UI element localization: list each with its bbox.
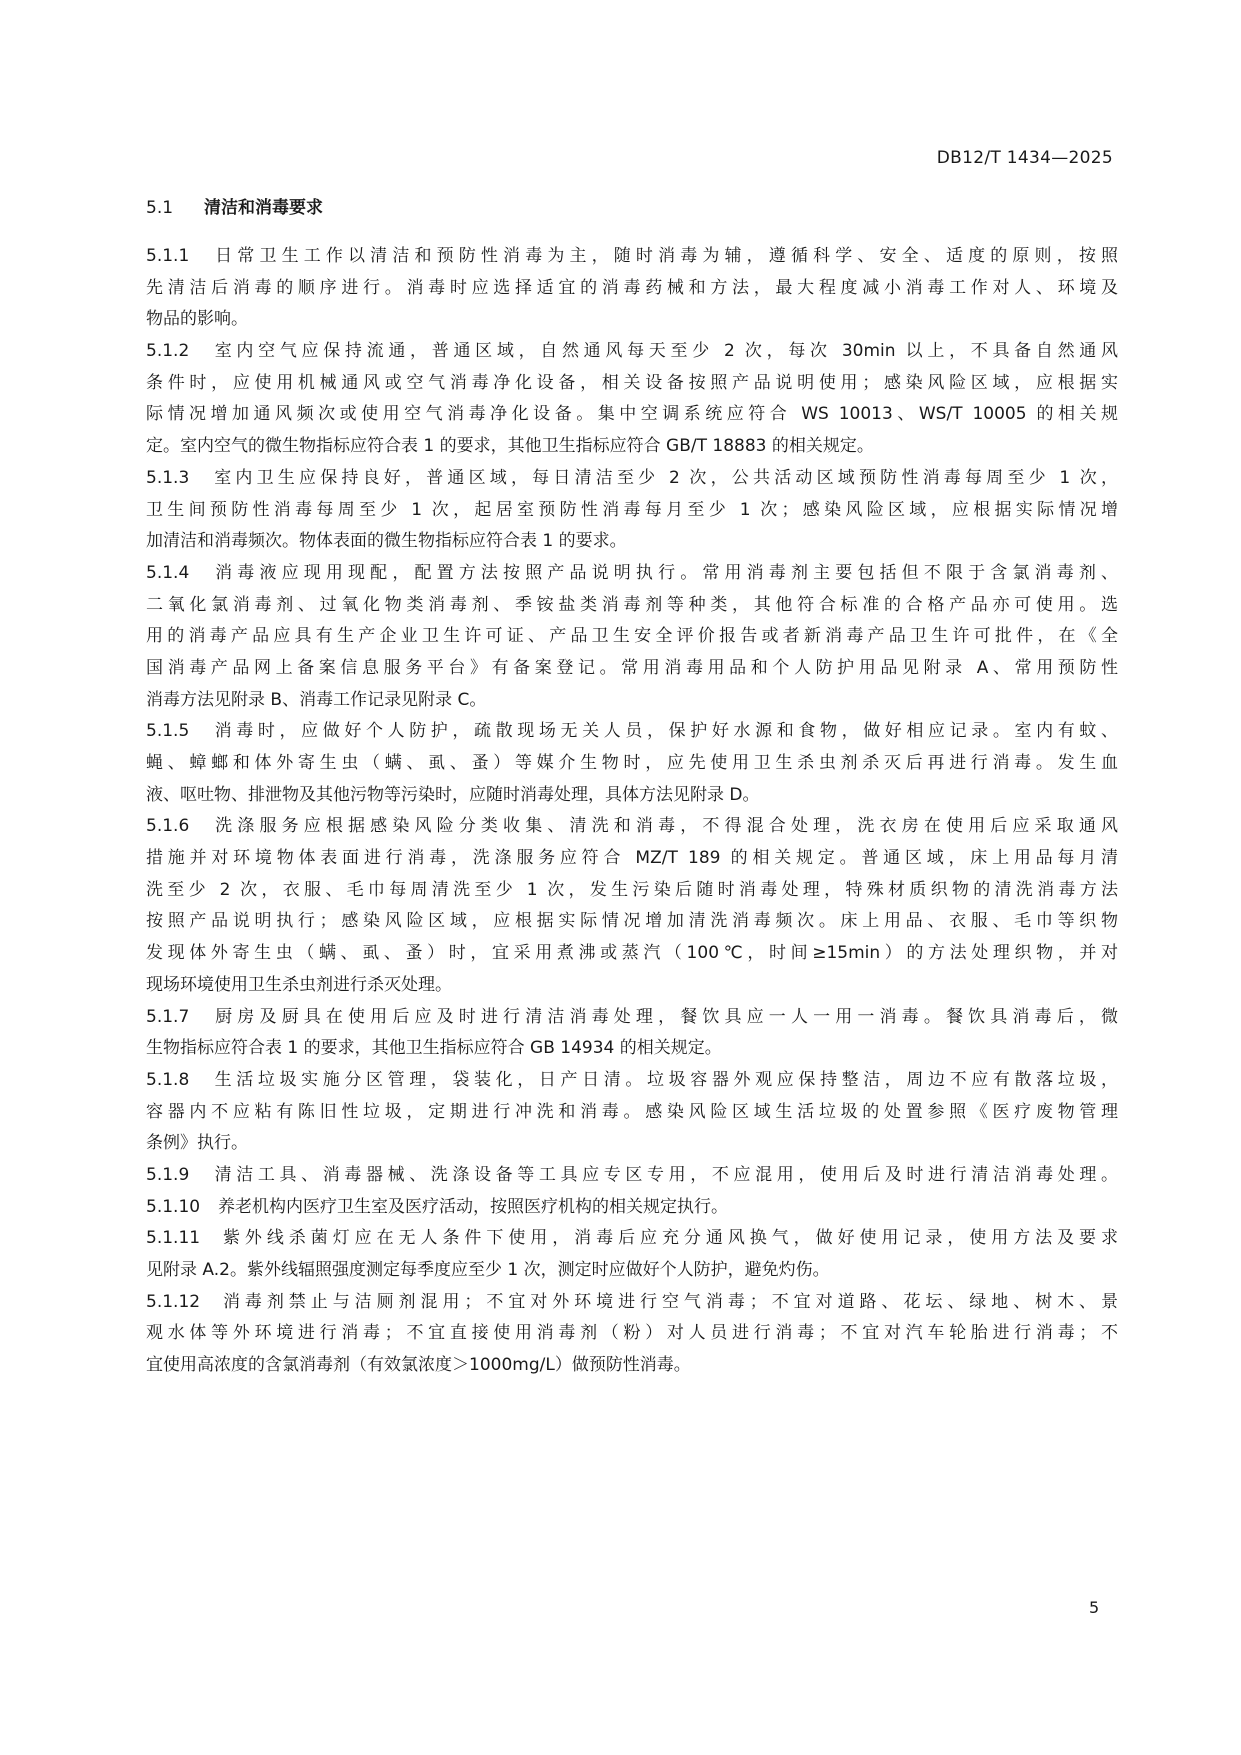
line-text: 消毒液应现用现配，配置方法按照产品说明执行。常用消毒剂主要包括但不限于含氯消毒剂… xyxy=(210,563,1118,583)
text-line: 加清洁和消毒频次。物体表面的微生物指标应符合表 1 的要求。 xyxy=(146,526,1118,558)
line-text: 条件时，应使用机械通风或空气消毒净化设备，相关设备按照产品说明使用；感染风险区域… xyxy=(146,373,1118,393)
line-text: 发现体外寄生虫（螨、虱、蚤）时，宜采用煮沸或蒸汽（100℃，时间≥15min）的… xyxy=(146,943,1118,963)
line-text: 容器内不应粘有陈旧性垃圾，定期进行冲洗和消毒。感染风险区域生活垃圾的处置参照《医… xyxy=(146,1102,1118,1122)
line-text: 生活垃圾实施分区管理，袋装化，日产日清。垃圾容器外观应保持整洁，周边不应有散落垃… xyxy=(210,1070,1118,1090)
line-text: 清洁工具、消毒器械、洗涤设备等工具应专区专用，不应混用，使用后及时进行清洁消毒处… xyxy=(210,1165,1118,1185)
line-text: 观水体等外环境进行消毒；不宜直接使用消毒剂（粉）对人员进行消毒；不宜对汽车轮胎进… xyxy=(146,1323,1118,1343)
text-line: 见附录 A.2。紫外线辐照强度测定每季度应至少 1 次，测定时应做好个人防护，避… xyxy=(146,1255,1118,1287)
line-text: 洗至少 2 次，衣服、毛巾每周清洗至少 1 次，发生污染后随时消毒处理，特殊材质… xyxy=(146,880,1118,900)
text-line: 卫生间预防性消毒每周至少 1 次，起居室预防性消毒每月至少 1 次；感染风险区域… xyxy=(146,495,1118,527)
line-text: 物品的影响。 xyxy=(146,309,248,329)
clause-line: 5.1.2室内空气应保持流通，普通区域，自然通风每天至少 2 次，每次 30mi… xyxy=(146,336,1118,368)
clause-line: 5.1.4消毒液应现用现配，配置方法按照产品说明执行。常用消毒剂主要包括但不限于… xyxy=(146,558,1118,590)
text-line: 现场环境使用卫生杀虫剂进行杀灭处理。 xyxy=(146,970,1118,1002)
text-line: 发现体外寄生虫（螨、虱、蚤）时，宜采用煮沸或蒸汽（100℃，时间≥15min）的… xyxy=(146,938,1118,970)
clause-line: 5.1.10养老机构内医疗卫生室及医疗活动，按照医疗机构的相关规定执行。 xyxy=(146,1192,1118,1224)
clause-number: 5.1.2 xyxy=(146,336,210,368)
clause-number: 5.1.9 xyxy=(146,1160,210,1192)
line-text: 措施并对环境物体表面进行消毒，洗涤服务应符合 MZ/T 189 的相关规定。普通… xyxy=(146,848,1118,868)
line-text: 生物指标应符合表 1 的要求，其他卫生指标应符合 GB 14934 的相关规定。 xyxy=(146,1038,722,1058)
line-text: 国消毒产品网上备案信息服务平台》有备案登记。常用消毒用品和个人防护用品见附录 A… xyxy=(146,658,1118,678)
line-text: 消毒剂禁止与洁厕剂混用；不宜对外环境进行空气消毒；不宜对道路、花坛、绿地、树木、… xyxy=(218,1292,1118,1312)
text-line: 观水体等外环境进行消毒；不宜直接使用消毒剂（粉）对人员进行消毒；不宜对汽车轮胎进… xyxy=(146,1318,1118,1350)
clause-line: 5.1.11紫外线杀菌灯应在无人条件下使用，消毒后应充分通风换气，做好使用记录，… xyxy=(146,1223,1118,1255)
line-text: 宜使用高浓度的含氯消毒剂（有效氯浓度＞1000mg/L）做预防性消毒。 xyxy=(146,1355,691,1375)
section-heading: 5.1清洁和消毒要求 xyxy=(146,193,323,218)
clause-number: 5.1.3 xyxy=(146,463,210,495)
line-text: 室内空气应保持流通，普通区域，自然通风每天至少 2 次，每次 30min 以上，… xyxy=(210,341,1118,361)
document-page: DB12/T 1434—2025 5.1清洁和消毒要求 5.1.1日常卫生工作以… xyxy=(0,0,1241,1755)
clause-line: 5.1.5消毒时，应做好个人防护，疏散现场无关人员，保护好水源和食物，做好相应记… xyxy=(146,716,1118,748)
page-number: 5 xyxy=(1089,1598,1099,1617)
line-text: 按照产品说明执行；感染风险区域，应根据实际情况增加清洗消毒频次。床上用品、衣服、… xyxy=(146,911,1118,931)
line-text: 养老机构内医疗卫生室及医疗活动，按照医疗机构的相关规定执行。 xyxy=(218,1197,728,1217)
text-line: 蝇、蟑螂和体外寄生虫（螨、虱、蚤）等媒介生物时，应先使用卫生杀虫剂杀灭后再进行消… xyxy=(146,748,1118,780)
line-text: 条例》执行。 xyxy=(146,1133,248,1153)
line-text: 消毒方法见附录 B、消毒工作记录见附录 C。 xyxy=(146,690,486,710)
line-text: 先清洁后消毒的顺序进行。消毒时应选择适宜的消毒药械和方法，最大程度减小消毒工作对… xyxy=(146,278,1118,298)
clause-number: 5.1.1 xyxy=(146,241,210,273)
text-line: 物品的影响。 xyxy=(146,304,1118,336)
line-text: 室内卫生应保持良好，普通区域，每日清洁至少 2 次，公共活动区域预防性消毒每周至… xyxy=(210,468,1118,488)
line-text: 见附录 A.2。紫外线辐照强度测定每季度应至少 1 次，测定时应做好个人防护，避… xyxy=(146,1260,830,1280)
line-text: 定。室内空气的微生物指标应符合表 1 的要求，其他卫生指标应符合 GB/T 18… xyxy=(146,436,874,456)
text-line: 宜使用高浓度的含氯消毒剂（有效氯浓度＞1000mg/L）做预防性消毒。 xyxy=(146,1350,1118,1382)
text-line: 条例》执行。 xyxy=(146,1128,1118,1160)
text-line: 措施并对环境物体表面进行消毒，洗涤服务应符合 MZ/T 189 的相关规定。普通… xyxy=(146,843,1118,875)
section-number: 5.1 xyxy=(146,198,204,218)
text-line: 二氧化氯消毒剂、过氧化物类消毒剂、季铵盐类消毒剂等种类，其他符合标准的合格产品亦… xyxy=(146,590,1118,622)
text-line: 先清洁后消毒的顺序进行。消毒时应选择适宜的消毒药械和方法，最大程度减小消毒工作对… xyxy=(146,273,1118,305)
line-text: 二氧化氯消毒剂、过氧化物类消毒剂、季铵盐类消毒剂等种类，其他符合标准的合格产品亦… xyxy=(146,595,1118,615)
clause-number: 5.1.4 xyxy=(146,558,210,590)
line-text: 加清洁和消毒频次。物体表面的微生物指标应符合表 1 的要求。 xyxy=(146,531,627,551)
clause-number: 5.1.12 xyxy=(146,1287,218,1319)
line-text: 际情况增加通风频次或使用空气消毒净化设备。集中空调系统应符合 WS 10013、… xyxy=(146,404,1118,424)
clause-number: 5.1.10 xyxy=(146,1192,218,1224)
body-text: 5.1.1日常卫生工作以清洁和预防性消毒为主，随时消毒为辅，遵循科学、安全、适度… xyxy=(146,241,1118,1382)
line-text: 洗涤服务应根据感染风险分类收集、清洗和消毒，不得混合处理，洗衣房在使用后应采取通… xyxy=(210,816,1118,836)
text-line: 洗至少 2 次，衣服、毛巾每周清洗至少 1 次，发生污染后随时消毒处理，特殊材质… xyxy=(146,875,1118,907)
text-line: 容器内不应粘有陈旧性垃圾，定期进行冲洗和消毒。感染风险区域生活垃圾的处置参照《医… xyxy=(146,1097,1118,1129)
line-text: 液、呕吐物、排泄物及其他污物等污染时，应随时消毒处理，具体方法见附录 D。 xyxy=(146,785,760,805)
clause-number: 5.1.5 xyxy=(146,716,210,748)
text-line: 条件时，应使用机械通风或空气消毒净化设备，相关设备按照产品说明使用；感染风险区域… xyxy=(146,368,1118,400)
line-text: 日常卫生工作以清洁和预防性消毒为主，随时消毒为辅，遵循科学、安全、适度的原则，按… xyxy=(210,246,1118,266)
clause-line: 5.1.9清洁工具、消毒器械、洗涤设备等工具应专区专用，不应混用，使用后及时进行… xyxy=(146,1160,1118,1192)
line-text: 紫外线杀菌灯应在无人条件下使用，消毒后应充分通风换气，做好使用记录，使用方法及要… xyxy=(218,1228,1118,1248)
section-title: 清洁和消毒要求 xyxy=(204,198,323,218)
clause-number: 5.1.8 xyxy=(146,1065,210,1097)
clause-line: 5.1.7厨房及厨具在使用后应及时进行清洁消毒处理，餐饮具应一人一用一消毒。餐饮… xyxy=(146,1002,1118,1034)
clause-line: 5.1.3室内卫生应保持良好，普通区域，每日清洁至少 2 次，公共活动区域预防性… xyxy=(146,463,1118,495)
line-text: 现场环境使用卫生杀虫剂进行杀灭处理。 xyxy=(146,975,452,995)
line-text: 厨房及厨具在使用后应及时进行清洁消毒处理，餐饮具应一人一用一消毒。餐饮具消毒后，… xyxy=(210,1007,1118,1027)
text-line: 际情况增加通风频次或使用空气消毒净化设备。集中空调系统应符合 WS 10013、… xyxy=(146,399,1118,431)
text-line: 定。室内空气的微生物指标应符合表 1 的要求，其他卫生指标应符合 GB/T 18… xyxy=(146,431,1118,463)
text-line: 消毒方法见附录 B、消毒工作记录见附录 C。 xyxy=(146,685,1118,717)
clause-line: 5.1.12消毒剂禁止与洁厕剂混用；不宜对外环境进行空气消毒；不宜对道路、花坛、… xyxy=(146,1287,1118,1319)
clause-line: 5.1.1日常卫生工作以清洁和预防性消毒为主，随时消毒为辅，遵循科学、安全、适度… xyxy=(146,241,1118,273)
clause-number: 5.1.11 xyxy=(146,1223,218,1255)
document-id-header: DB12/T 1434—2025 xyxy=(937,148,1113,168)
line-text: 消毒时，应做好个人防护，疏散现场无关人员，保护好水源和食物，做好相应记录。室内有… xyxy=(210,721,1118,741)
text-line: 用的消毒产品应具有生产企业卫生许可证、产品卫生安全评价报告或者新消毒产品卫生许可… xyxy=(146,621,1118,653)
text-line: 液、呕吐物、排泄物及其他污物等污染时，应随时消毒处理，具体方法见附录 D。 xyxy=(146,780,1118,812)
text-line: 国消毒产品网上备案信息服务平台》有备案登记。常用消毒用品和个人防护用品见附录 A… xyxy=(146,653,1118,685)
clause-line: 5.1.6洗涤服务应根据感染风险分类收集、清洗和消毒，不得混合处理，洗衣房在使用… xyxy=(146,811,1118,843)
text-line: 按照产品说明执行；感染风险区域，应根据实际情况增加清洗消毒频次。床上用品、衣服、… xyxy=(146,906,1118,938)
text-line: 生物指标应符合表 1 的要求，其他卫生指标应符合 GB 14934 的相关规定。 xyxy=(146,1033,1118,1065)
line-text: 用的消毒产品应具有生产企业卫生许可证、产品卫生安全评价报告或者新消毒产品卫生许可… xyxy=(146,626,1118,646)
line-text: 卫生间预防性消毒每周至少 1 次，起居室预防性消毒每月至少 1 次；感染风险区域… xyxy=(146,500,1118,520)
line-text: 蝇、蟑螂和体外寄生虫（螨、虱、蚤）等媒介生物时，应先使用卫生杀虫剂杀灭后再进行消… xyxy=(146,753,1118,773)
clause-number: 5.1.6 xyxy=(146,811,210,843)
clause-number: 5.1.7 xyxy=(146,1002,210,1034)
clause-line: 5.1.8生活垃圾实施分区管理，袋装化，日产日清。垃圾容器外观应保持整洁，周边不… xyxy=(146,1065,1118,1097)
